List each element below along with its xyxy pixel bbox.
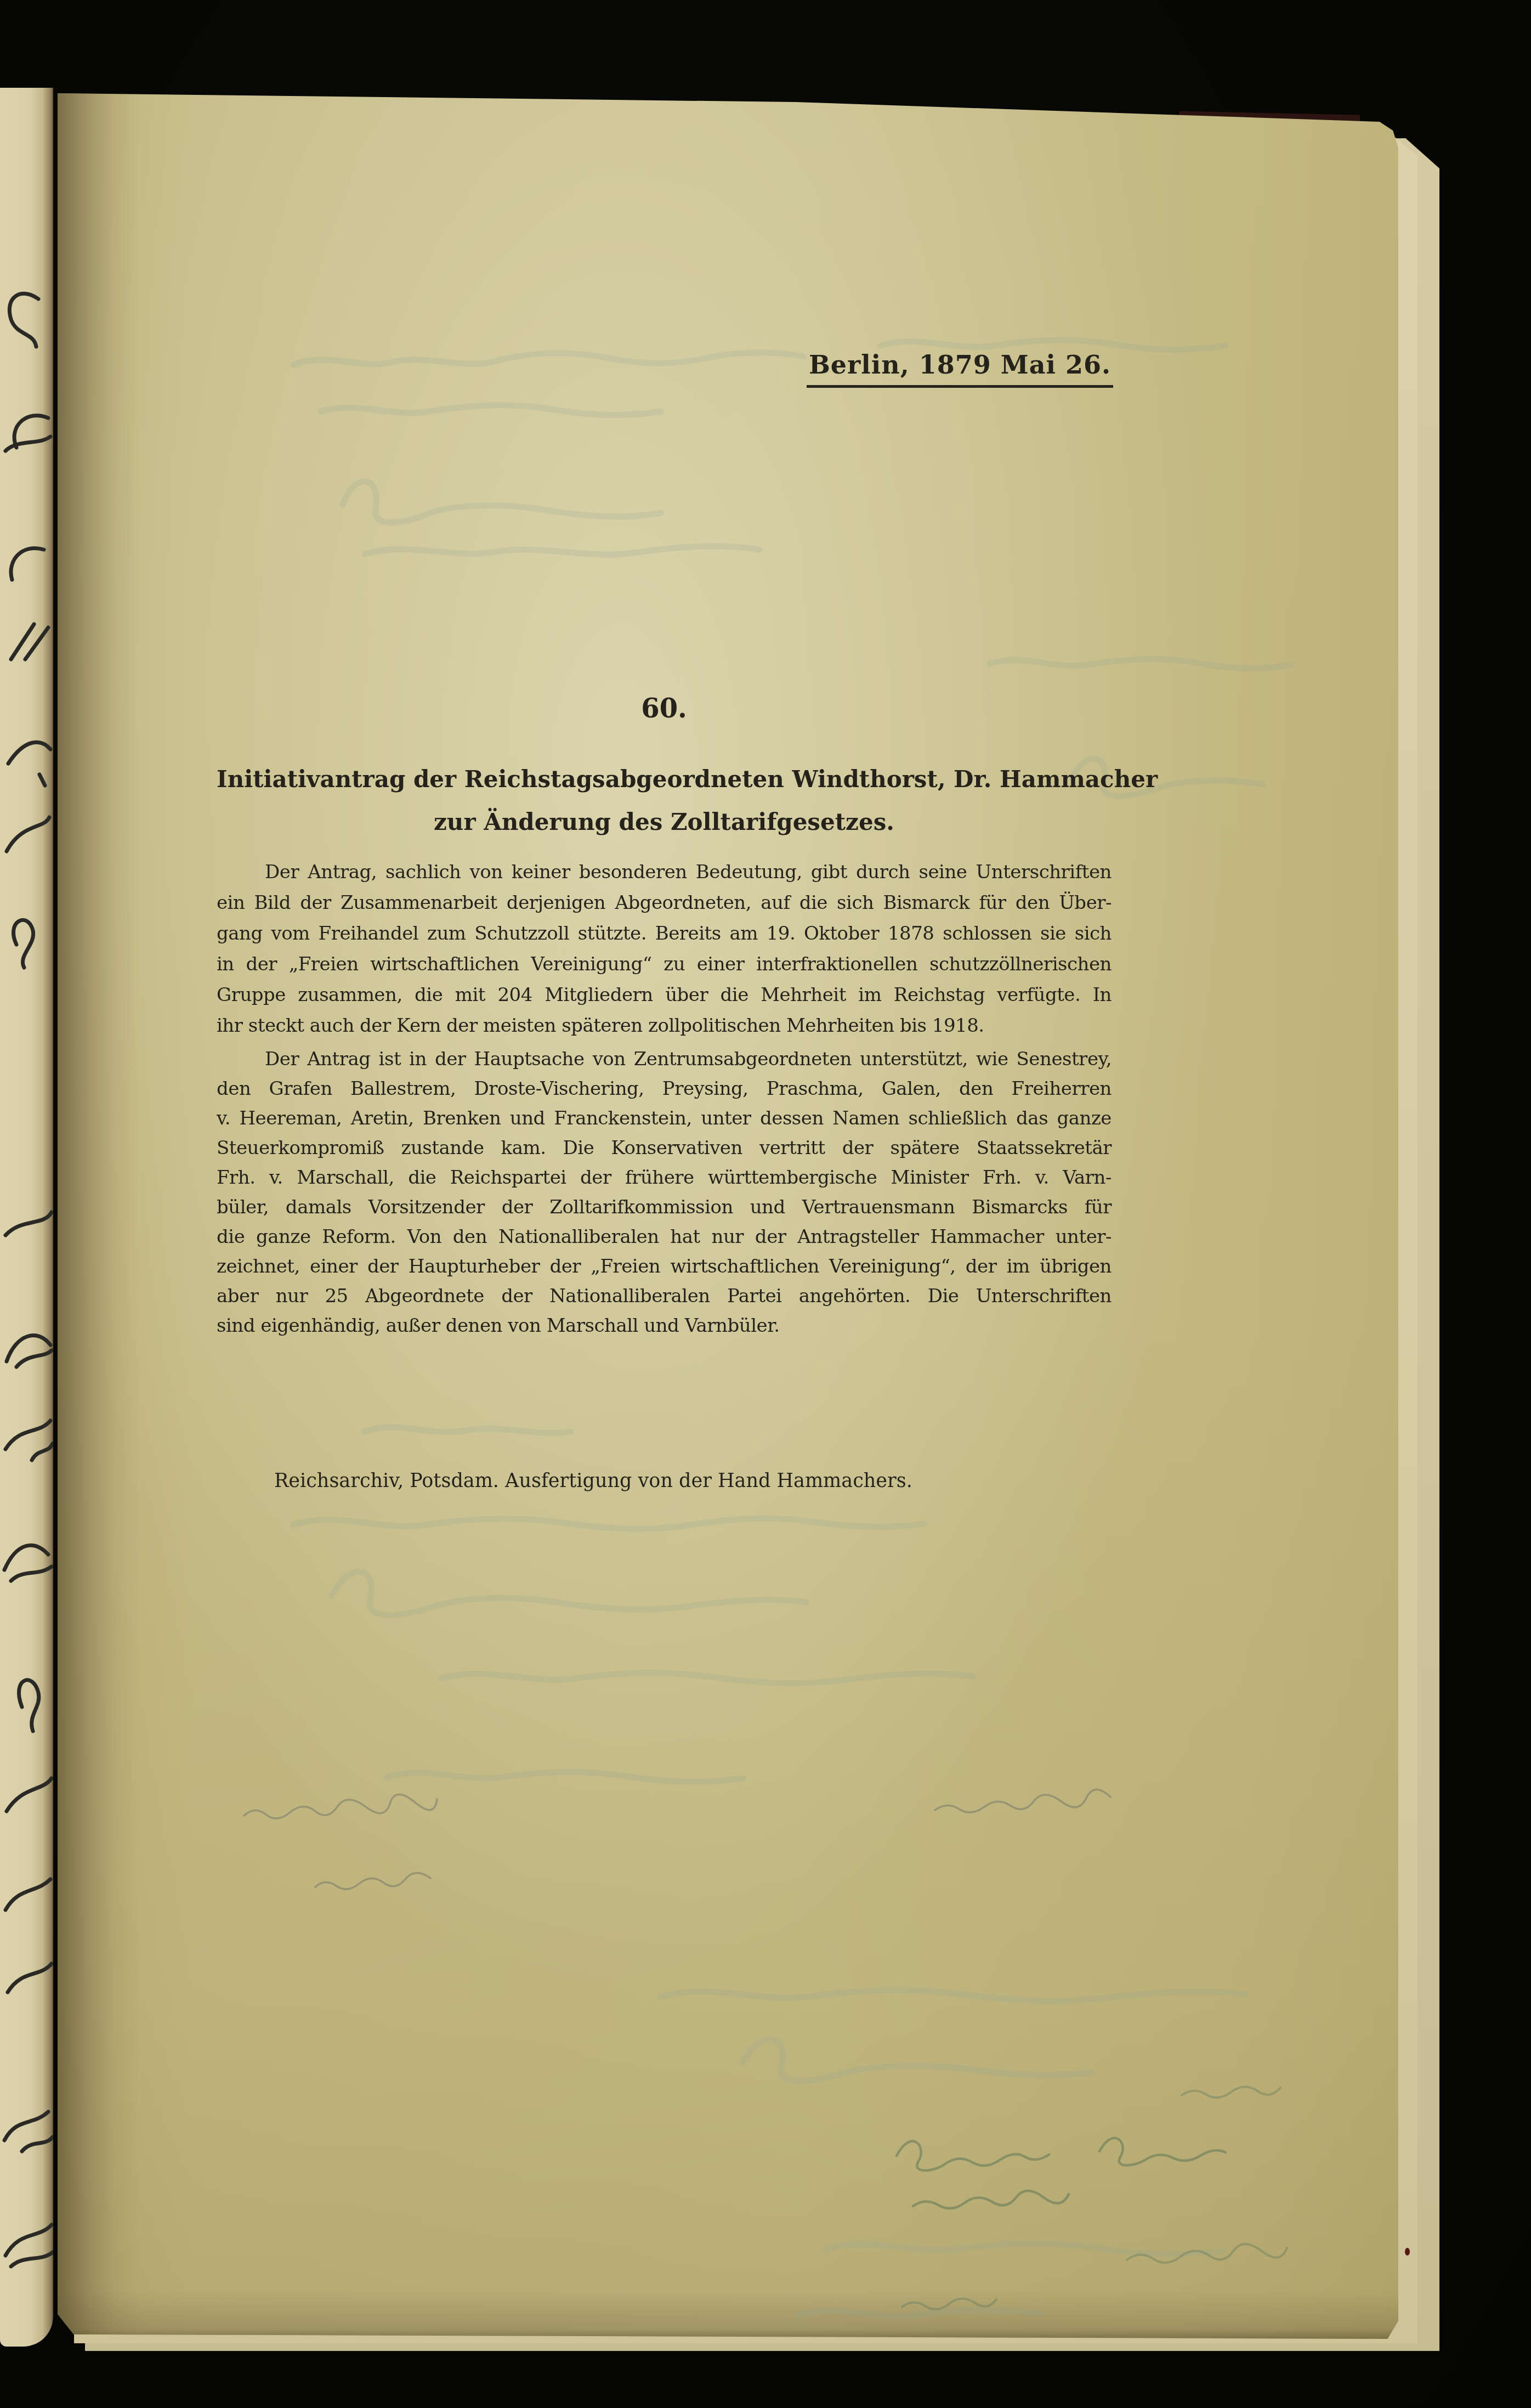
text-line: ihr steckt auch der Kern der meisten spä… (217, 1010, 1112, 1041)
text-line: die ganze Reform. Von den Nationallibera… (217, 1222, 1112, 1252)
text-line: büler, damals Vorsitzender der Zolltarif… (217, 1192, 1112, 1222)
document-title: Initiativantrag der Reichstagsabgeordnet… (217, 758, 1112, 844)
title-line-2: zur Änderung des Zolltarifgesetzes. (217, 801, 1112, 844)
text-line: den Grafen Ballestrem, Droste-Vischering… (217, 1074, 1112, 1104)
text-line: zeichnet, einer der Haupturheber der „Fr… (217, 1252, 1112, 1281)
document-page: Berlin, 1879 Mai 26. 60. Initiativantrag… (58, 88, 1398, 2339)
document-number: 60. (217, 693, 1112, 724)
source-note: Reichsarchiv, Potsdam. Ausfertigung von … (274, 1470, 1152, 1492)
text-line: Frh. v. Marschall, die Reichspartei der … (217, 1163, 1112, 1192)
paragraph-1: Der Antrag, sachlich von keiner besonder… (217, 857, 1112, 1041)
facing-page-edge (0, 88, 53, 2347)
handwriting-fragments (0, 88, 53, 2347)
text-line: in der „Freien wirtschaftlichen Vereinig… (217, 949, 1112, 980)
text-line: aber nur 25 Abgeordnete der Nationallibe… (217, 1281, 1112, 1311)
text-line: Steuerkompromiß zustande kam. Die Konser… (217, 1133, 1112, 1163)
title-line-1: Initiativantrag der Reichstagsabgeordnet… (217, 758, 1112, 801)
red-speck (1405, 2248, 1410, 2256)
book-scan: Berlin, 1879 Mai 26. 60. Initiativantrag… (0, 0, 1531, 2408)
paragraph-2: Der Antrag ist in der Hauptsache von Zen… (217, 1044, 1112, 1341)
text-line: ein Bild der Zusammenarbeit derjenigen A… (217, 888, 1112, 918)
text-line: Gruppe zusammen, die mit 204 Mitgliedern… (217, 980, 1112, 1010)
text-line: sind eigenhändig, außer denen von Marsch… (217, 1311, 1112, 1341)
text-line: Der Antrag ist in der Hauptsache von Zen… (217, 1044, 1112, 1074)
text-line: gang vom Freihandel zum Schutzzoll stütz… (217, 918, 1112, 949)
text-line: v. Heereman, Aretin, Brenken und Francke… (217, 1104, 1112, 1133)
dateline: Berlin, 1879 Mai 26. (807, 350, 1113, 388)
text-line: Der Antrag, sachlich von keiner besonder… (217, 857, 1112, 888)
